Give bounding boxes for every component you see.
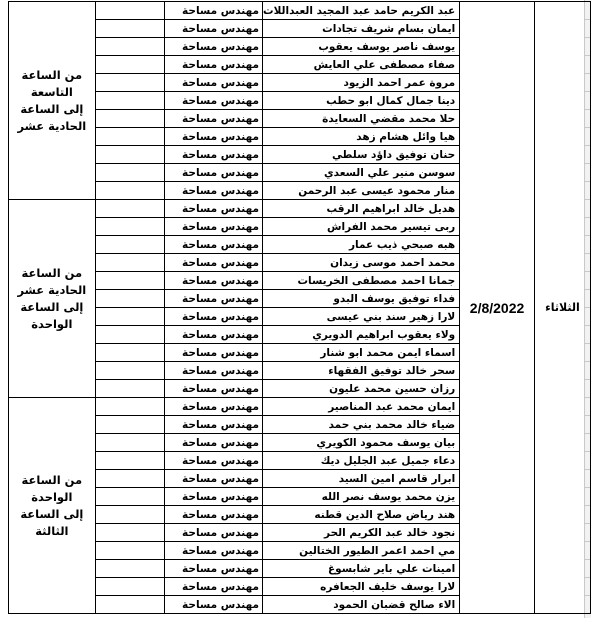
empty-cell[interactable]	[95, 182, 164, 200]
empty-cell[interactable]	[95, 542, 164, 560]
empty-cell[interactable]	[95, 596, 164, 614]
job-title-cell[interactable]: مهندس مساحة	[165, 524, 263, 542]
time-period-line: من الساعة	[9, 472, 95, 489]
empty-cell[interactable]	[95, 470, 164, 488]
job-title-cell[interactable]: مهندس مساحة	[165, 92, 263, 110]
empty-cell[interactable]	[95, 524, 164, 542]
candidate-name-cell[interactable]: عبد الكريم حامد عبد المجيد العبداللات	[263, 2, 460, 20]
candidate-name-cell[interactable]: حنان توفيق داؤد سلطي	[263, 146, 460, 164]
candidate-name-cell[interactable]: صفاء مصطفى علي العايش	[263, 56, 460, 74]
empty-cell[interactable]	[95, 74, 164, 92]
candidate-name-cell[interactable]: مي احمد اعمر الطيور الختالين	[263, 542, 460, 560]
job-title-cell[interactable]: مهندس مساحة	[165, 2, 263, 20]
empty-cell[interactable]	[95, 20, 164, 38]
time-period-line: الواحدة	[9, 316, 95, 333]
candidate-name-cell[interactable]: هبه صبحي ذيب عمار	[263, 236, 460, 254]
candidate-name-cell[interactable]: ايمان بسام شريف تجادات	[263, 20, 460, 38]
empty-cell[interactable]	[95, 398, 164, 416]
candidate-name-cell[interactable]: مروة عمر احمد الزيود	[263, 74, 460, 92]
candidate-name-cell[interactable]: سحر خالد توفيق الفقهاء	[263, 362, 460, 380]
empty-cell[interactable]	[95, 128, 164, 146]
empty-cell[interactable]	[95, 578, 164, 596]
job-title-cell[interactable]: مهندس مساحة	[165, 596, 263, 614]
candidate-name-cell[interactable]: ايمان محمد عبد المناصير	[263, 398, 460, 416]
candidate-name-cell[interactable]: الاء صالح قضبان الحمود	[263, 596, 460, 614]
candidate-name-cell[interactable]: هند رياض صلاح الدين قطنه	[263, 506, 460, 524]
candidate-name-cell[interactable]: يزن محمد يوسف نصر الله	[263, 488, 460, 506]
candidate-name-cell[interactable]: يوسف ناصر يوسف يعقوب	[263, 38, 460, 56]
candidate-name-cell[interactable]: دعاء جميل عبد الجليل ديك	[263, 452, 460, 470]
candidate-name-cell[interactable]: لارا يوسف خليف الجعافره	[263, 578, 460, 596]
job-title-cell[interactable]: مهندس مساحة	[165, 290, 263, 308]
job-title-cell[interactable]: مهندس مساحة	[165, 578, 263, 596]
empty-cell[interactable]	[95, 506, 164, 524]
candidate-name-cell[interactable]: نجود خالد عبد الكريم الحر	[263, 524, 460, 542]
candidate-name-cell[interactable]: جمانا احمد مصطفى الخريسات	[263, 272, 460, 290]
candidate-name-cell[interactable]: ابرار قاسم امين السيد	[263, 470, 460, 488]
time-period-cell[interactable]: من الساعةالواحدةإلى الساعةالثالثة	[9, 398, 96, 614]
time-period-line: الحادية عشر	[9, 282, 95, 299]
time-period-line: إلى الساعة	[9, 506, 95, 523]
empty-cell[interactable]	[95, 254, 164, 272]
job-title-cell[interactable]: مهندس مساحة	[165, 128, 263, 146]
job-title-cell[interactable]: مهندس مساحة	[165, 452, 263, 470]
candidate-name-cell[interactable]: امينات علي باير شابسوغ	[263, 560, 460, 578]
empty-cell[interactable]	[95, 164, 164, 182]
spreadsheet-sheet: من الساعةالتاسعةإلى الساعةالحادية عشرمهن…	[0, 0, 591, 618]
candidate-name-cell[interactable]: دينا جمال كمال ابو حطب	[263, 92, 460, 110]
job-title-cell[interactable]: مهندس مساحة	[165, 416, 263, 434]
empty-cell[interactable]	[95, 290, 164, 308]
job-title-cell[interactable]: مهندس مساحة	[165, 56, 263, 74]
candidate-name-cell[interactable]: هيا وائل هشام زهد	[263, 128, 460, 146]
job-title-cell[interactable]: مهندس مساحة	[165, 470, 263, 488]
time-period-line: إلى الساعة	[9, 299, 95, 316]
job-title-cell[interactable]: مهندس مساحة	[165, 146, 263, 164]
candidate-name-cell[interactable]: لارا زهير سند بني عيسى	[263, 308, 460, 326]
job-title-cell[interactable]: مهندس مساحة	[165, 506, 263, 524]
job-title-cell[interactable]: مهندس مساحة	[165, 218, 263, 236]
job-title-cell[interactable]: مهندس مساحة	[165, 488, 263, 506]
job-title-cell[interactable]: مهندس مساحة	[165, 200, 263, 218]
candidate-name-cell[interactable]: فداء توفيق يوسف البدو	[263, 290, 460, 308]
job-title-cell[interactable]: مهندس مساحة	[165, 362, 263, 380]
job-title-cell[interactable]: مهندس مساحة	[165, 272, 263, 290]
time-period-cell[interactable]: من الساعةالتاسعةإلى الساعةالحادية عشر	[9, 2, 96, 200]
empty-cell[interactable]	[95, 326, 164, 344]
empty-cell[interactable]	[95, 344, 164, 362]
time-period-line: من الساعة	[9, 265, 95, 282]
empty-cell[interactable]	[95, 236, 164, 254]
empty-cell[interactable]	[95, 92, 164, 110]
candidate-name-cell[interactable]: حلا محمد مقضي السعايدة	[263, 110, 460, 128]
job-title-cell[interactable]: مهندس مساحة	[165, 560, 263, 578]
time-period-line: الواحدة	[9, 489, 95, 506]
exam-date-cell[interactable]: 2/8/2022	[460, 2, 535, 614]
candidate-name-cell[interactable]: رزان حسين محمد عليون	[263, 380, 460, 398]
candidate-name-cell[interactable]: محمد احمد موسى زيدان	[263, 254, 460, 272]
time-period-line: التاسعة	[9, 84, 95, 101]
empty-cell[interactable]	[95, 416, 164, 434]
exam-day-cell[interactable]: الثلاثاء	[534, 2, 590, 614]
job-title-cell[interactable]: مهندس مساحة	[165, 398, 263, 416]
job-title-cell[interactable]: مهندس مساحة	[165, 110, 263, 128]
candidate-name-cell[interactable]: ربى تيسير محمد الفراش	[263, 218, 460, 236]
job-title-cell[interactable]: مهندس مساحة	[165, 308, 263, 326]
job-title-cell[interactable]: مهندس مساحة	[165, 74, 263, 92]
job-title-cell[interactable]: مهندس مساحة	[165, 236, 263, 254]
job-title-cell[interactable]: مهندس مساحة	[165, 164, 263, 182]
candidate-name-cell[interactable]: هديل خالد ابراهيم الرقب	[263, 200, 460, 218]
empty-cell[interactable]	[95, 38, 164, 56]
table-row: من الساعةالتاسعةإلى الساعةالحادية عشرمهن…	[9, 2, 591, 20]
candidate-name-cell[interactable]: ولاء يعقوب ابراهيم الدويري	[263, 326, 460, 344]
time-period-line: من الساعة	[9, 67, 95, 84]
time-period-line: الثالثة	[9, 523, 95, 540]
empty-cell[interactable]	[95, 2, 164, 20]
empty-cell[interactable]	[95, 110, 164, 128]
empty-cell[interactable]	[95, 272, 164, 290]
empty-cell[interactable]	[95, 308, 164, 326]
empty-cell[interactable]	[95, 560, 164, 578]
time-period-line: إلى الساعة	[9, 101, 95, 118]
candidate-name-cell[interactable]: بيان يوسف محمود الكويري	[263, 434, 460, 452]
candidate-name-cell[interactable]: منار محمود عيسى عبد الرحمن	[263, 182, 460, 200]
exam-schedule-table: من الساعةالتاسعةإلى الساعةالحادية عشرمهن…	[8, 1, 591, 614]
empty-cell[interactable]	[95, 218, 164, 236]
job-title-cell[interactable]: مهندس مساحة	[165, 254, 263, 272]
empty-cell[interactable]	[95, 452, 164, 470]
empty-cell[interactable]	[95, 380, 164, 398]
job-title-cell[interactable]: مهندس مساحة	[165, 20, 263, 38]
empty-cell[interactable]	[95, 488, 164, 506]
time-period-cell[interactable]: من الساعةالحادية عشرإلى الساعةالواحدة	[9, 200, 96, 398]
empty-cell[interactable]	[95, 56, 164, 74]
empty-cell[interactable]	[95, 434, 164, 452]
job-title-cell[interactable]: مهندس مساحة	[165, 434, 263, 452]
time-period-line: الحادية عشر	[9, 118, 95, 135]
job-title-cell[interactable]: مهندس مساحة	[165, 38, 263, 56]
job-title-cell[interactable]: مهندس مساحة	[165, 344, 263, 362]
job-title-cell[interactable]: مهندس مساحة	[165, 380, 263, 398]
candidate-name-cell[interactable]: اسماء ايمن محمد ابو شنار	[263, 344, 460, 362]
empty-cell[interactable]	[95, 200, 164, 218]
empty-cell[interactable]	[95, 146, 164, 164]
job-title-cell[interactable]: مهندس مساحة	[165, 326, 263, 344]
job-title-cell[interactable]: مهندس مساحة	[165, 542, 263, 560]
empty-cell[interactable]	[95, 362, 164, 380]
candidate-name-cell[interactable]: ضياء خالد محمد بني حمد	[263, 416, 460, 434]
candidate-name-cell[interactable]: سوسن منير علي السعدي	[263, 164, 460, 182]
job-title-cell[interactable]: مهندس مساحة	[165, 182, 263, 200]
